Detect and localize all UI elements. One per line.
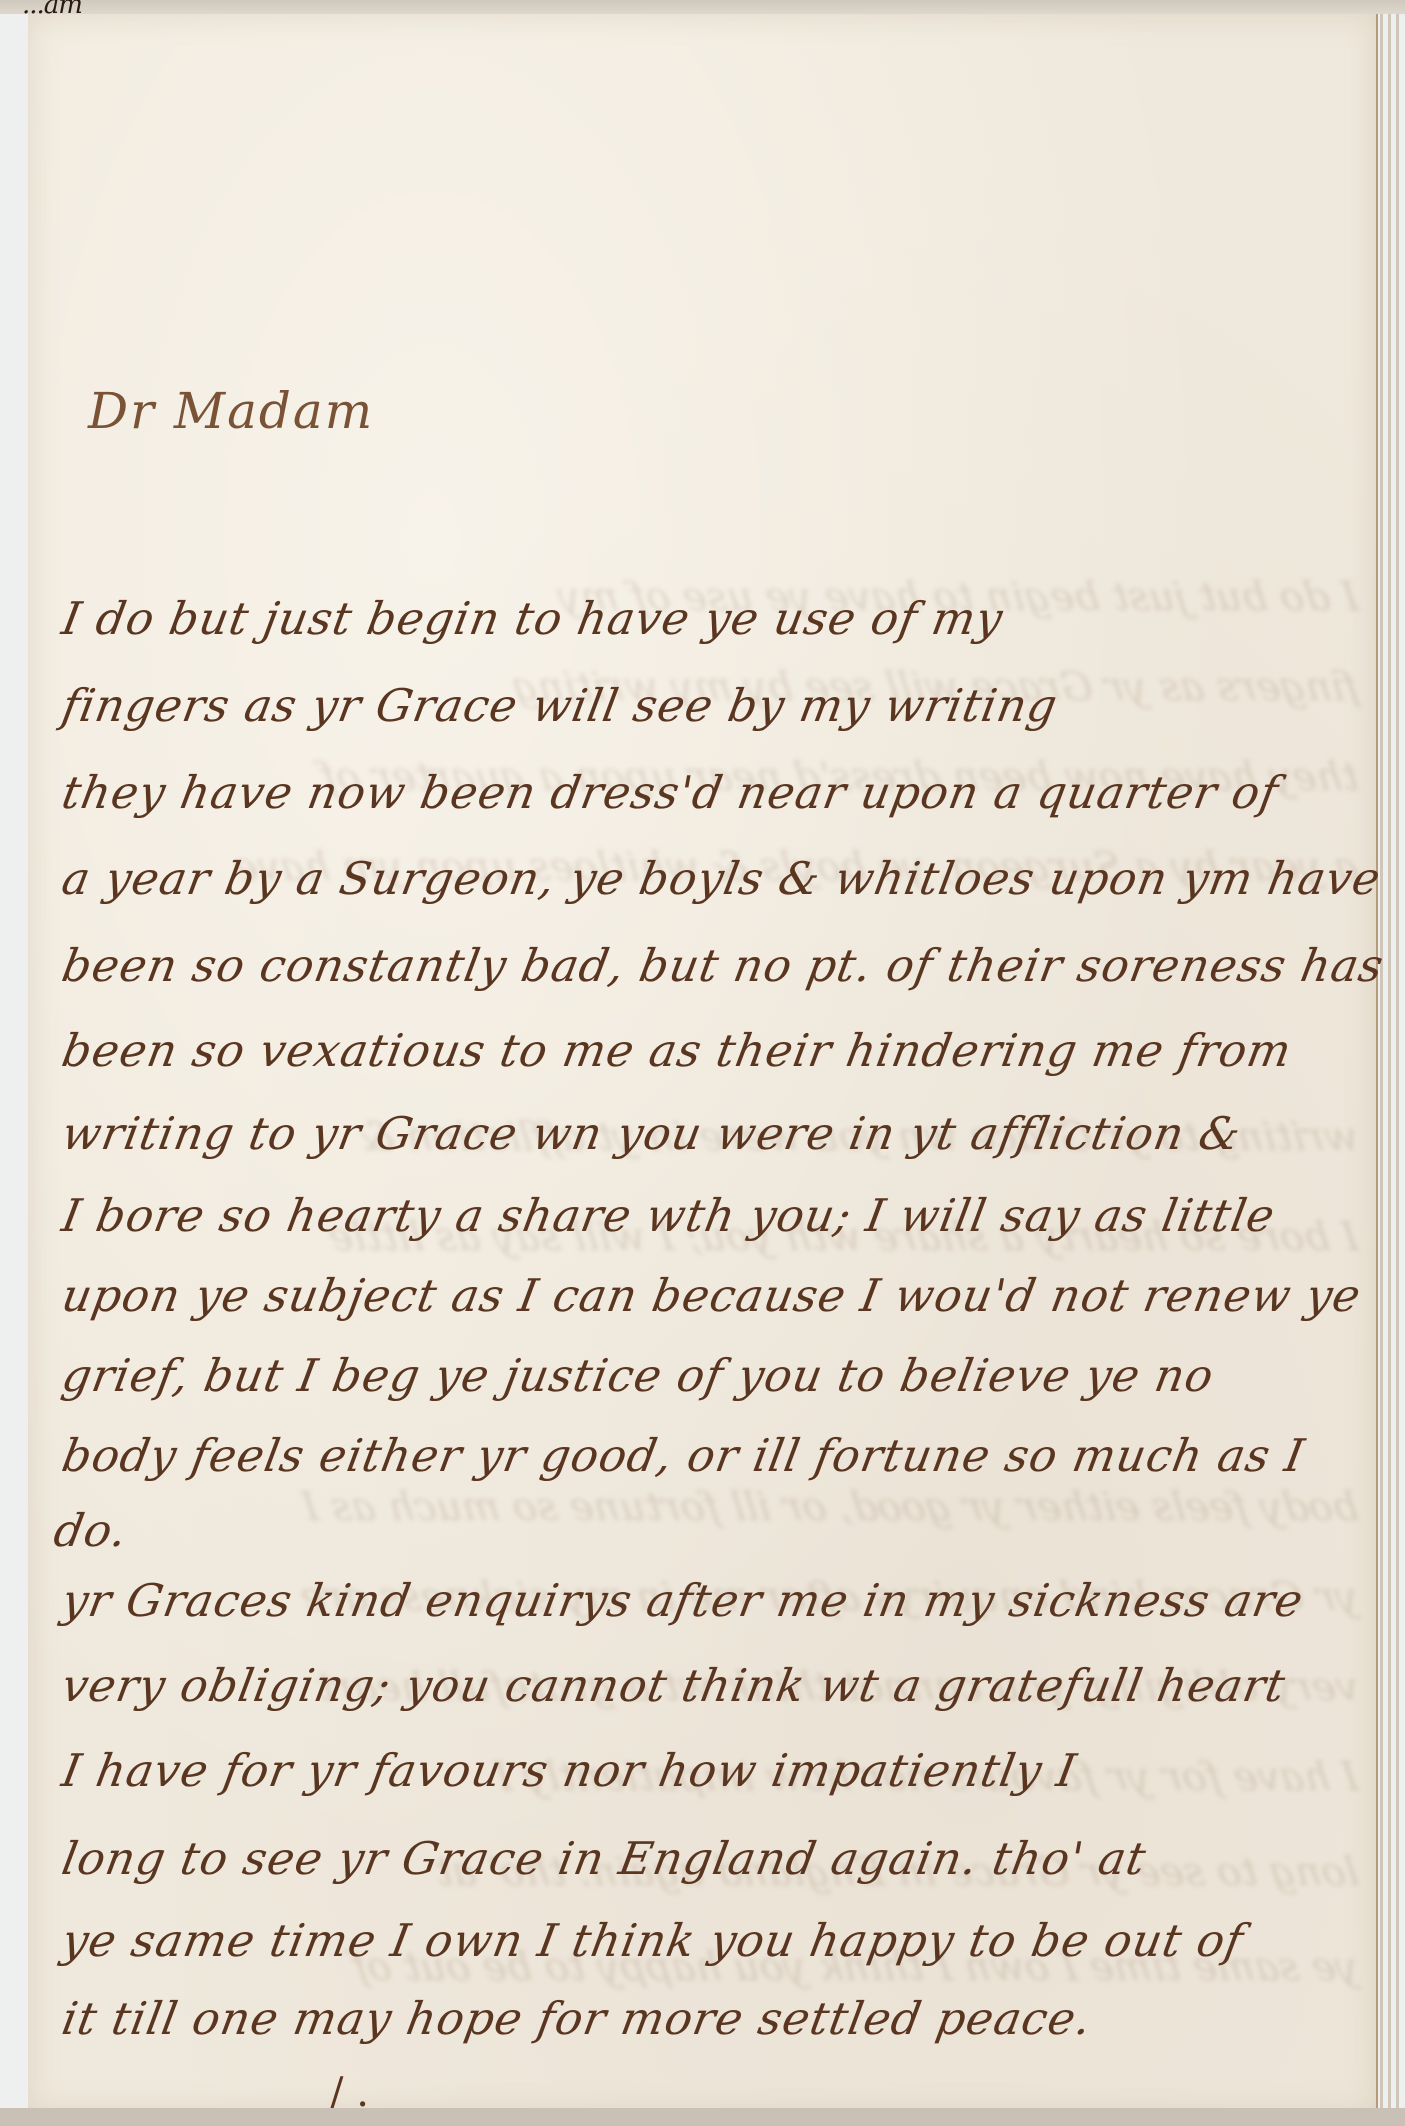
letter-line: it till one may hope for more settled pe…: [58, 1992, 1096, 2045]
letter-line: fingers as yr Grace will see by my writi…: [58, 679, 1062, 732]
letter-line: yr Graces kind enquirys after me in my s…: [58, 1574, 1308, 1627]
letter-line: upon ye subject as I can because I wou'd…: [58, 1269, 1365, 1322]
letter-line: do.: [50, 1504, 132, 1557]
next-page-strip: [0, 2108, 1405, 2126]
page-edge: [1388, 14, 1391, 2114]
page-edge: [1380, 14, 1383, 2114]
letter-line: they have now been dress'd near upon a q…: [58, 766, 1283, 819]
letter-line: very obliging; you cannot think wt a gra…: [58, 1659, 1290, 1712]
letter-line: body feels either yr good, or ill fortun…: [58, 1429, 1309, 1482]
letter-line: been so vexatious to me as their hinderi…: [58, 1024, 1296, 1077]
manuscript-scan: ...am I do but just begin to have ye use…: [0, 0, 1405, 2126]
letter-line: grief, but I beg ye justice of you to be…: [58, 1349, 1218, 1402]
letter-line: been so constantly bad, but no pt. of th…: [58, 939, 1388, 992]
letter-line: long to see yr Grace in England again. t…: [58, 1832, 1151, 1885]
bleed-through-text: body feels either yr good, or ill fortun…: [45, 1484, 1361, 1530]
letter-line: I do but just begin to have ye use of my: [58, 592, 1007, 645]
page-edge: [1396, 14, 1399, 2114]
previous-page-strip: ...am: [0, 0, 1405, 14]
salutation: Dr Madam: [88, 382, 374, 440]
letter-line: writing to yr Grace wn you were in yt af…: [58, 1107, 1245, 1160]
letter-line: ye same time I own I think you happy to …: [58, 1914, 1248, 1967]
letter-line: I have for yr favours nor how impatientl…: [58, 1744, 1081, 1797]
letter-line: a year by a Surgeon, ye boyls & whitloes…: [58, 852, 1385, 905]
letter-line: I bore so hearty a share wth you; I will…: [58, 1189, 1279, 1242]
letter-page: I do but just begin to have ye use of my…: [28, 14, 1378, 2114]
